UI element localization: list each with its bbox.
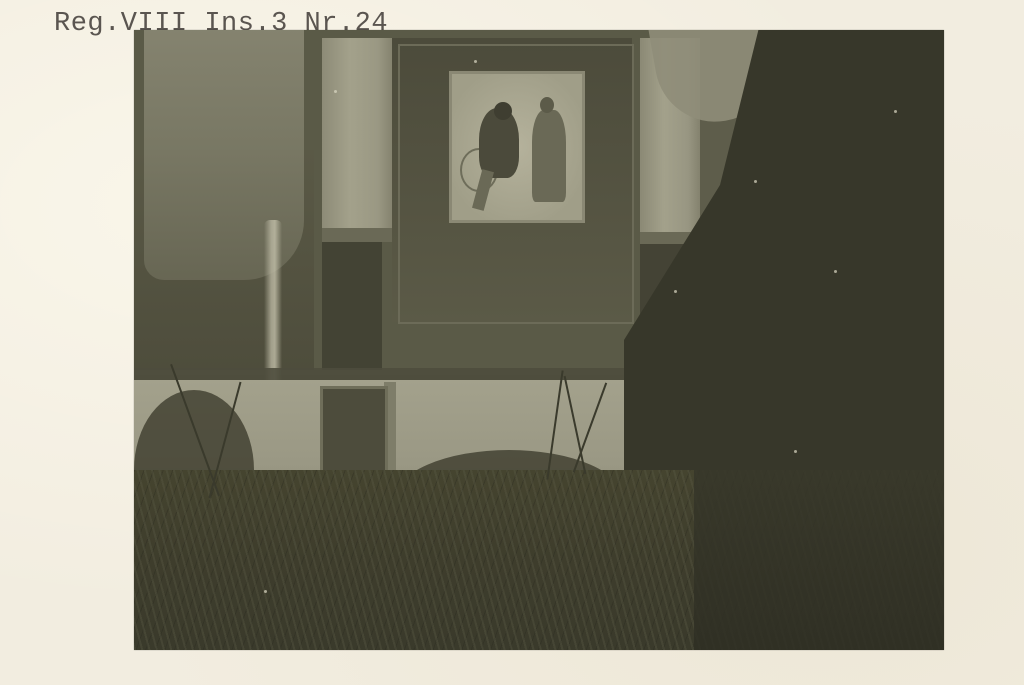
foreground-shadow bbox=[694, 470, 944, 650]
left-pilaster-base bbox=[322, 242, 382, 370]
photo-mount-card: Reg.VIII Ins.3 Nr.24 bbox=[0, 0, 1024, 685]
dust-speck bbox=[674, 290, 677, 293]
dust-speck bbox=[834, 270, 837, 273]
left-pilaster-band bbox=[322, 228, 392, 242]
left-pilaster bbox=[322, 38, 392, 233]
dust-speck bbox=[754, 180, 757, 183]
archival-photograph bbox=[134, 30, 944, 650]
dust-speck bbox=[334, 90, 337, 93]
dust-speck bbox=[474, 60, 477, 63]
dust-speck bbox=[894, 110, 897, 113]
dust-speck bbox=[264, 590, 267, 593]
seated-figure-head bbox=[494, 102, 512, 120]
dust-speck bbox=[794, 450, 797, 453]
dado-dark-panel bbox=[320, 386, 388, 476]
standing-figure-head bbox=[540, 97, 554, 113]
standing-figure bbox=[532, 110, 566, 202]
